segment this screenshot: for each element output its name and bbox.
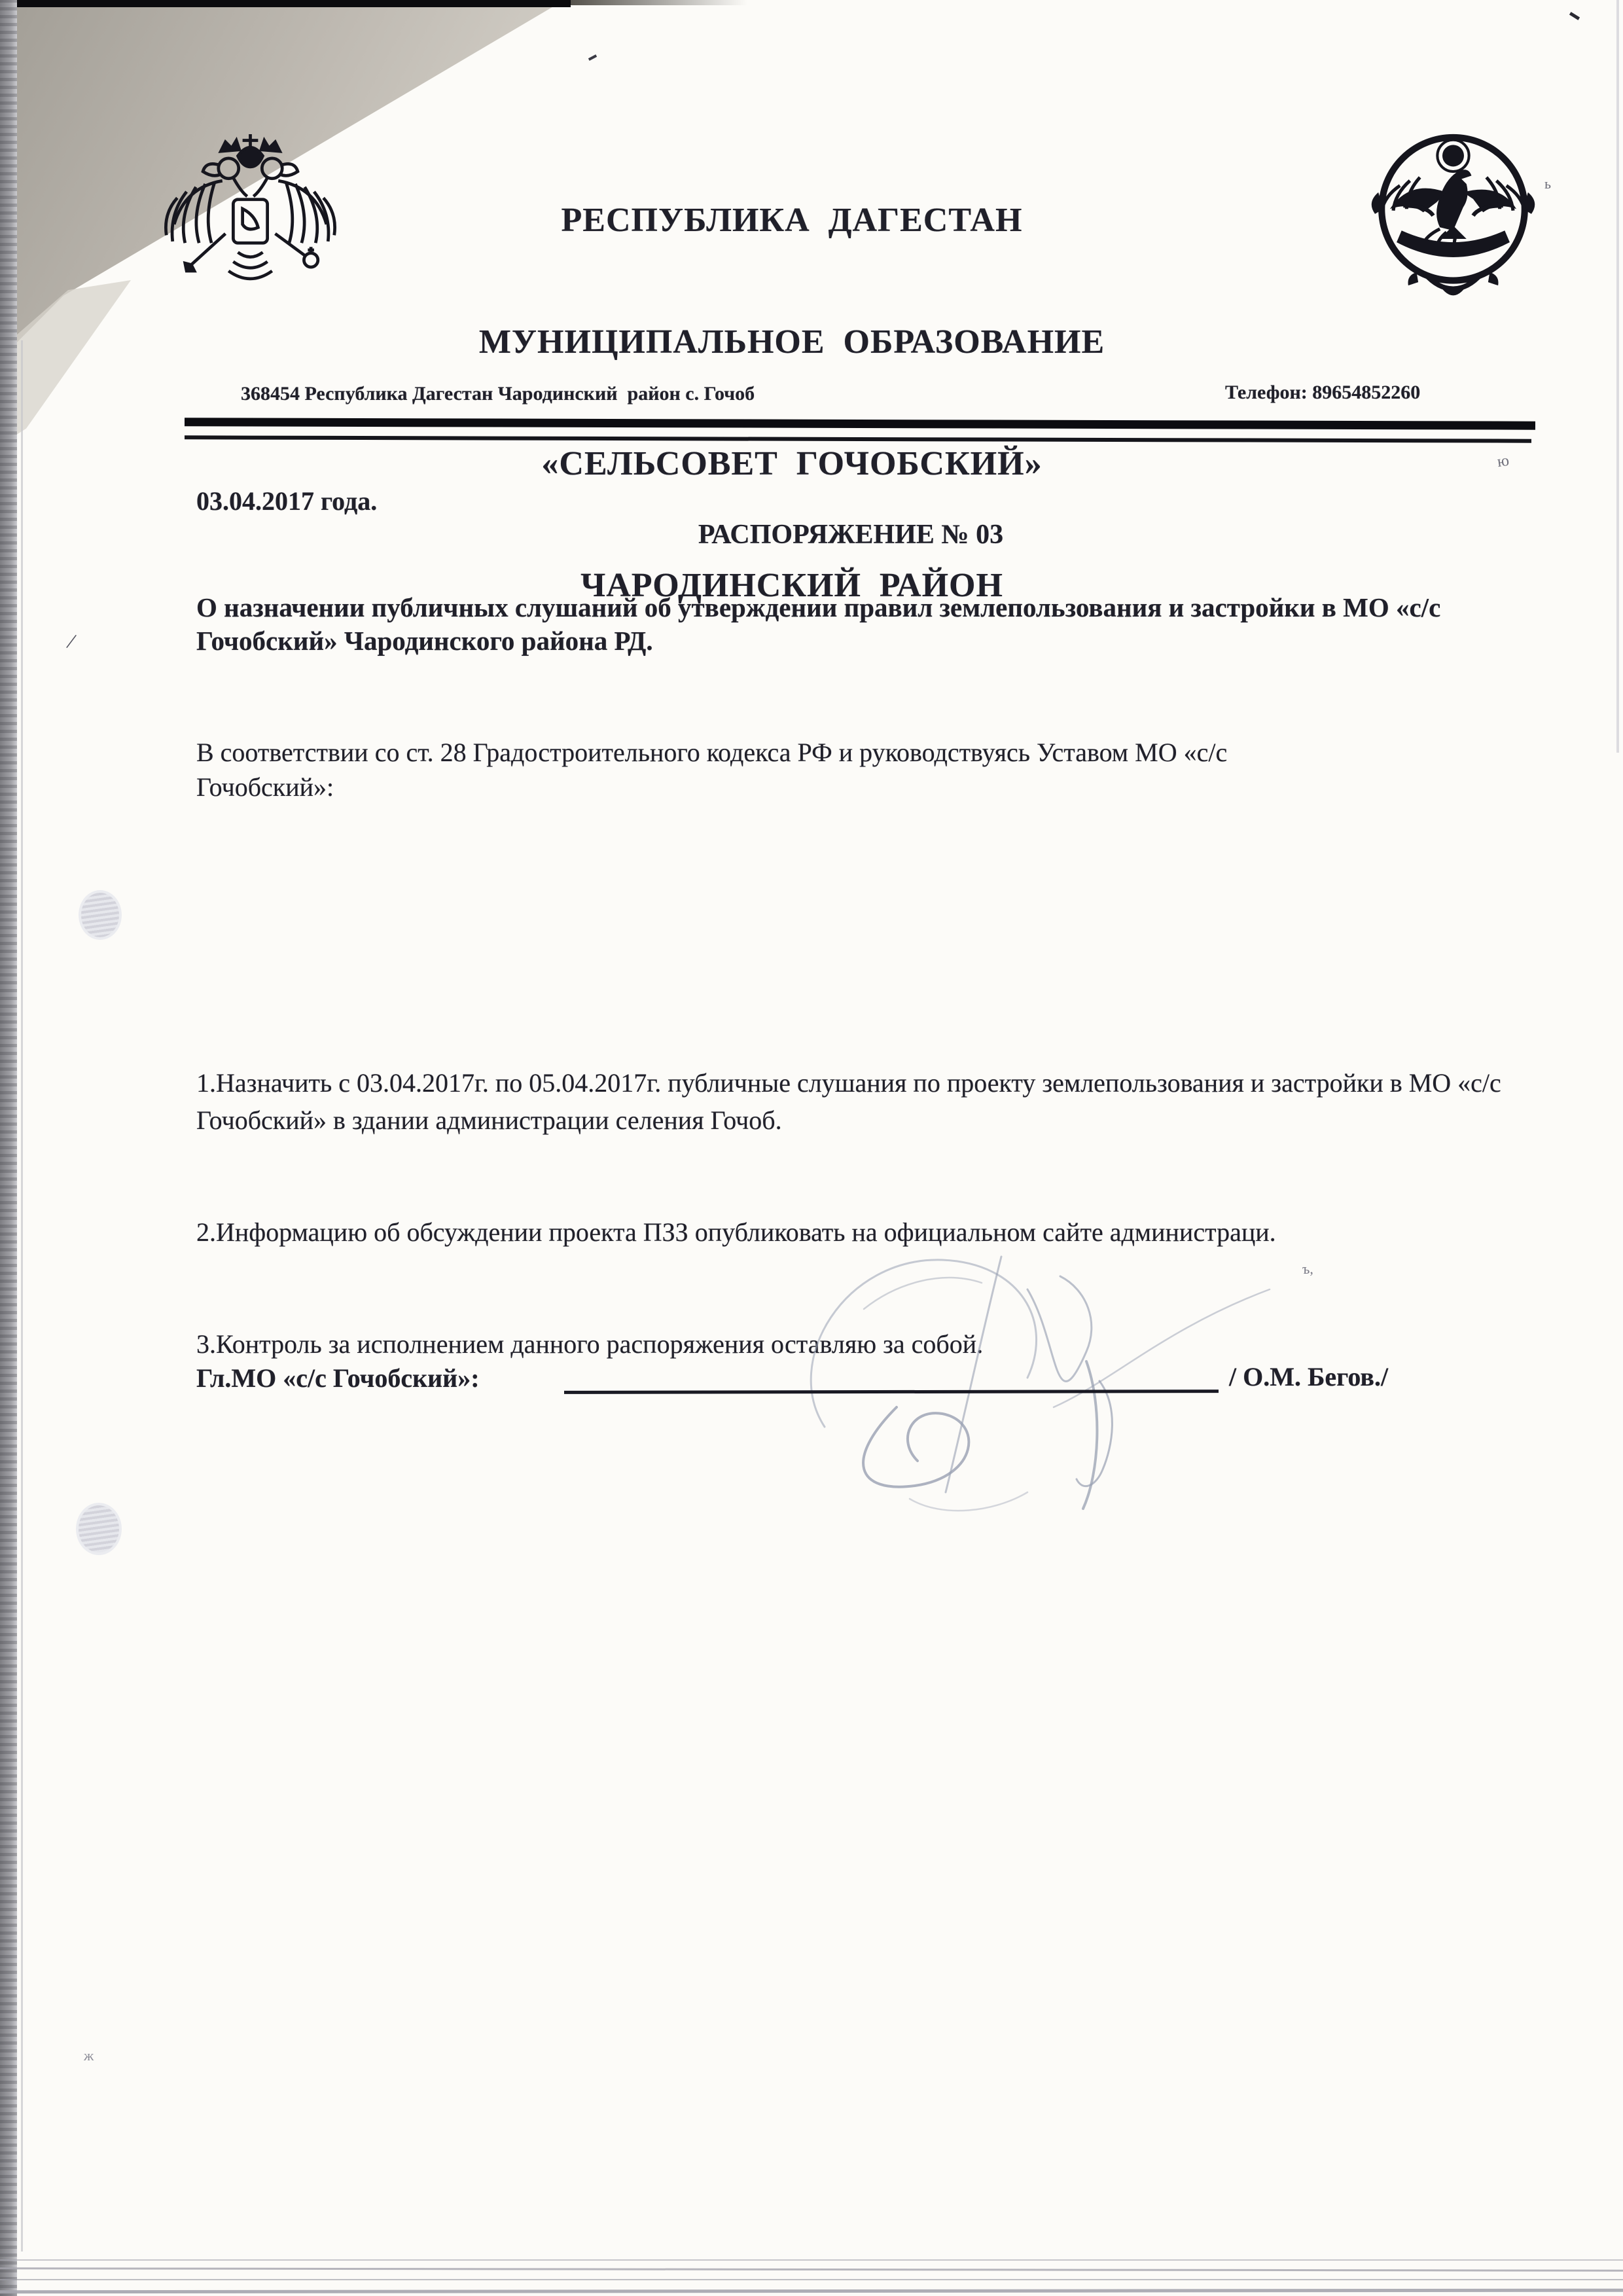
page-stack-line xyxy=(0,2279,1623,2280)
hole-punch-mark xyxy=(76,1503,122,1555)
order-date: 03.04.2017 года. xyxy=(196,486,377,516)
letterhead-line-municipality: МУНИЦИПАЛЬНОЕ ОБРАЗОВАНИЕ xyxy=(432,322,1152,363)
address-line: 368454 Республика Дагестан Чародинский р… xyxy=(241,383,755,405)
scan-top-edge-fade-artifact xyxy=(571,0,747,5)
signature-label: Гл.МО «с/с Гочобский»: xyxy=(196,1363,480,1393)
document-page: / ь ю ж ъ, xyxy=(0,0,1623,2296)
dagestan-emblem-icon xyxy=(1353,119,1553,319)
scan-speck: / xyxy=(64,629,78,655)
scan-left-edge-artifact xyxy=(0,0,17,2296)
scan-speck xyxy=(588,54,597,61)
order-title: РАСПОРЯЖЕНИЕ № 03 xyxy=(412,519,1289,550)
scan-speck xyxy=(1569,12,1580,20)
page-stack-line xyxy=(0,2289,1623,2294)
order-subject: О назначении публичных слушаний об утвер… xyxy=(196,591,1525,658)
hole-punch-mark xyxy=(79,890,122,940)
scan-left-inner-line-artifact xyxy=(21,340,23,2251)
phone-line: Телефон: 89654852260 xyxy=(1225,382,1420,404)
order-intro: В соответствии со ст. 28 Градостроительн… xyxy=(196,735,1309,804)
scan-speck: ю xyxy=(1496,452,1510,471)
letterhead-line-republic: РЕСПУБЛИКА ДАГЕСТАН xyxy=(432,200,1152,241)
russia-coat-of-arms-icon xyxy=(157,126,344,317)
page-stack-line xyxy=(0,2259,1623,2261)
page-stack-line xyxy=(0,2267,1623,2271)
letterhead-rule-thick xyxy=(185,418,1535,429)
signature-name: / О.М. Бегов./ xyxy=(1229,1361,1388,1392)
order-item-1: 1.Назначить с 03.04.2017г. по 05.04.2017… xyxy=(196,1064,1538,1139)
scan-top-edge-artifact xyxy=(0,0,571,7)
scan-right-edge-artifact xyxy=(1616,0,1619,753)
scan-speck: ж xyxy=(84,2047,94,2064)
letterhead-line-selsovet: «СЕЛЬСОВЕТ ГОЧОБСКИЙ» xyxy=(432,444,1152,484)
